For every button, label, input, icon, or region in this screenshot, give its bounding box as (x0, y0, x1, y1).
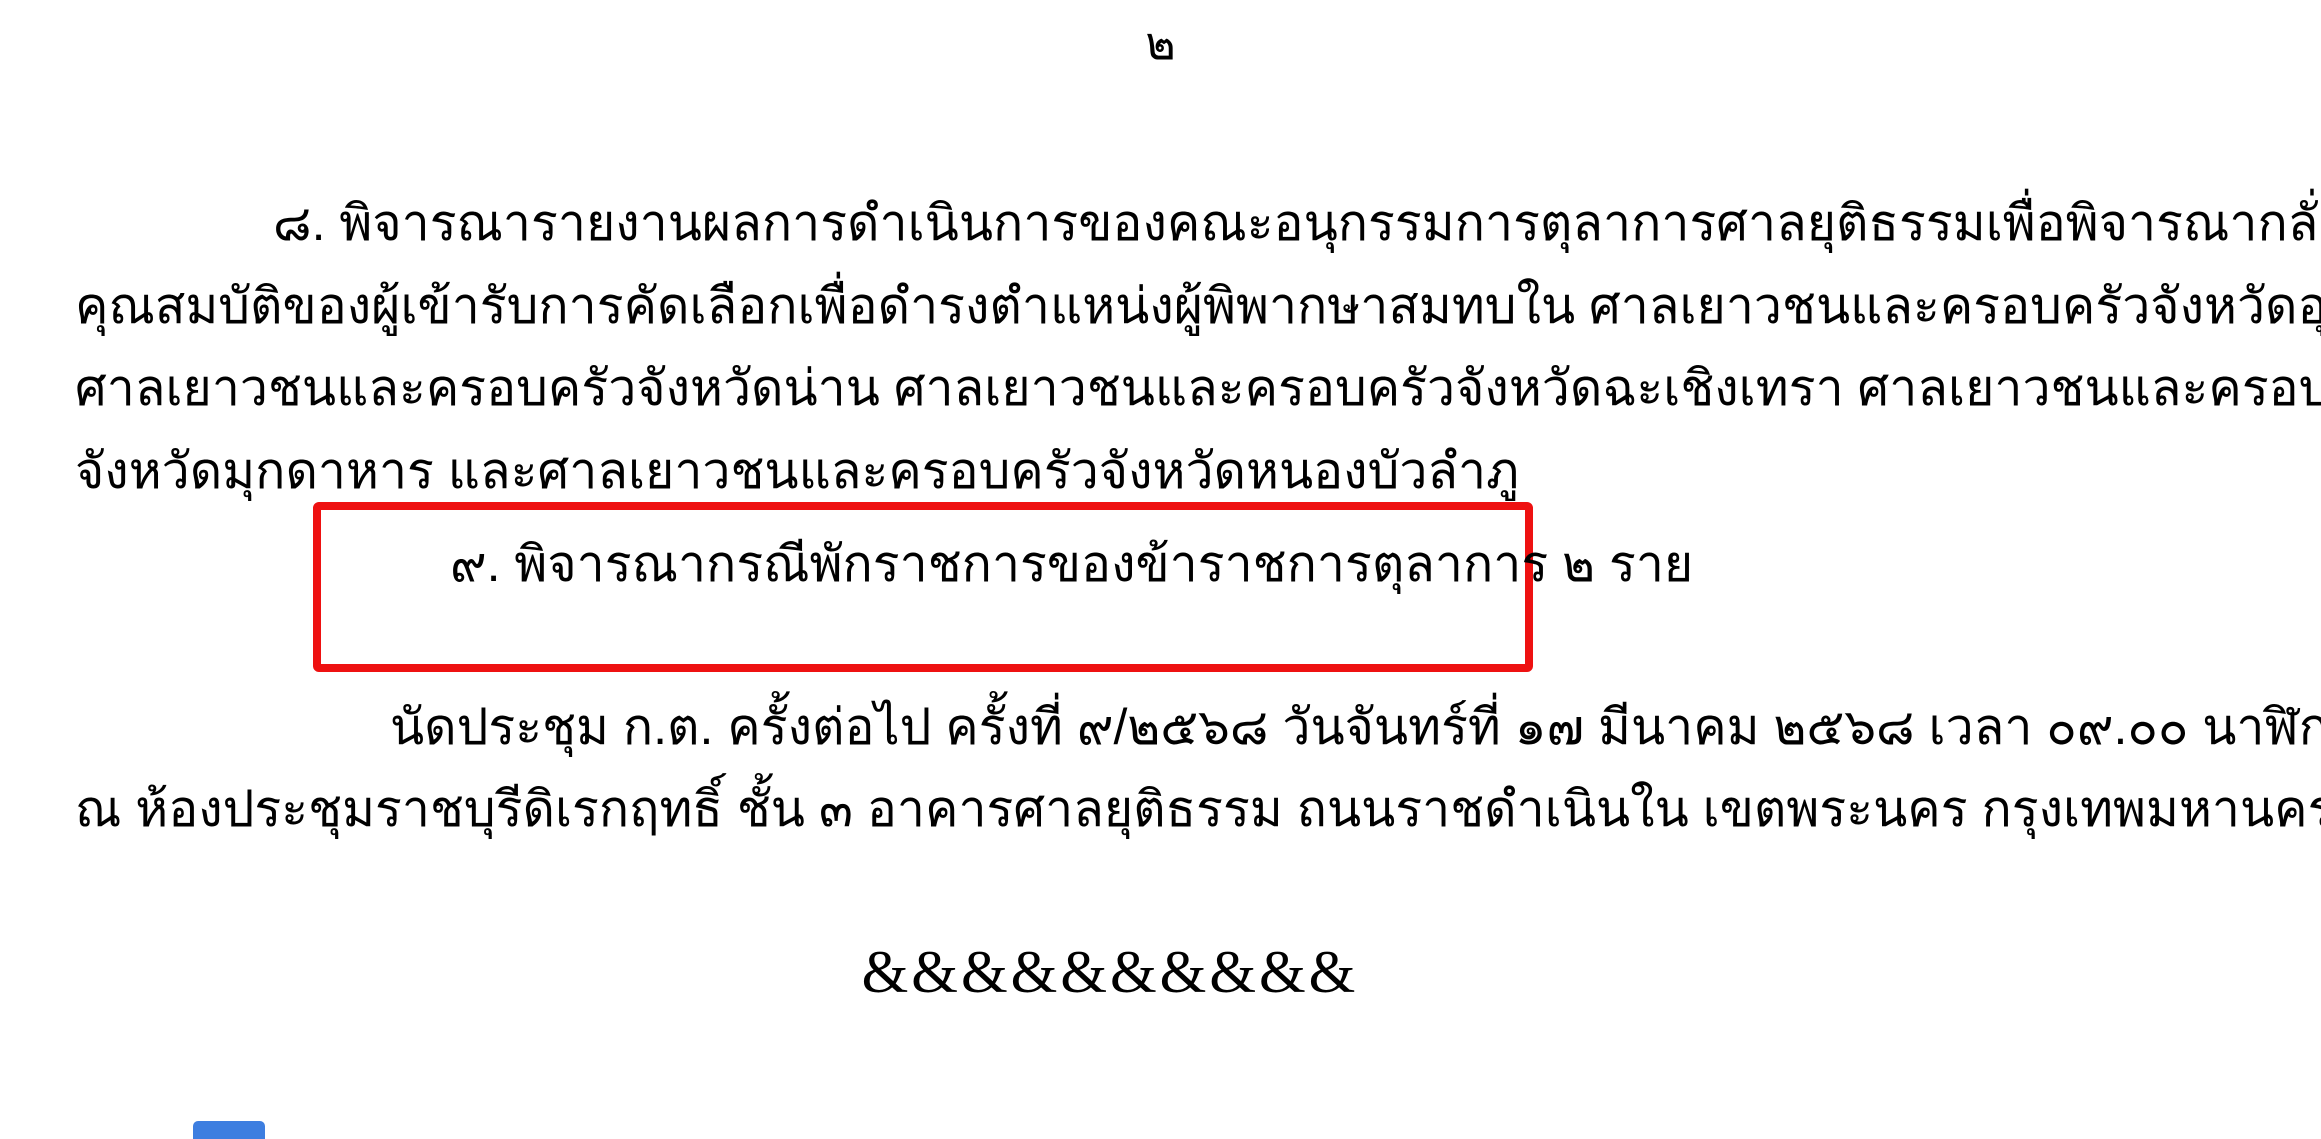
blue-ui-fragment (193, 1121, 265, 1139)
page-number: ๒ (0, 18, 2321, 69)
item9-line: ๙. พิจารณากรณีพักราชการของข้าราชการตุลาก… (450, 537, 1693, 592)
closing-line-2: ณ ห้องประชุมราชบุรีดิเรกฤทธิ์ ชั้น ๓ อาค… (75, 782, 2321, 837)
item8-line-2: คุณสมบัติของผู้เข้ารับการคัดเลือกเพื่อดำ… (75, 279, 2321, 334)
document-page: ๒ ๘. พิจารณารายงานผลการดำเนินการของคณะอน… (0, 0, 2321, 1139)
item8-line-1: ๘. พิจารณารายงานผลการดำเนินการของคณะอนุก… (273, 196, 2321, 251)
item8-line-4: จังหวัดมุกดาหาร และศาลเยาวชนและครอบครัวจ… (75, 444, 1519, 499)
end-of-document-separator: &&&&&&&&&& (0, 938, 2220, 1007)
item8-line-3: ศาลเยาวชนและครอบครัวจังหวัดน่าน ศาลเยาวช… (75, 361, 2321, 416)
closing-line-1: นัดประชุม ก.ต. ครั้งต่อไป ครั้งที่ ๙/๒๕๖… (390, 700, 2321, 755)
